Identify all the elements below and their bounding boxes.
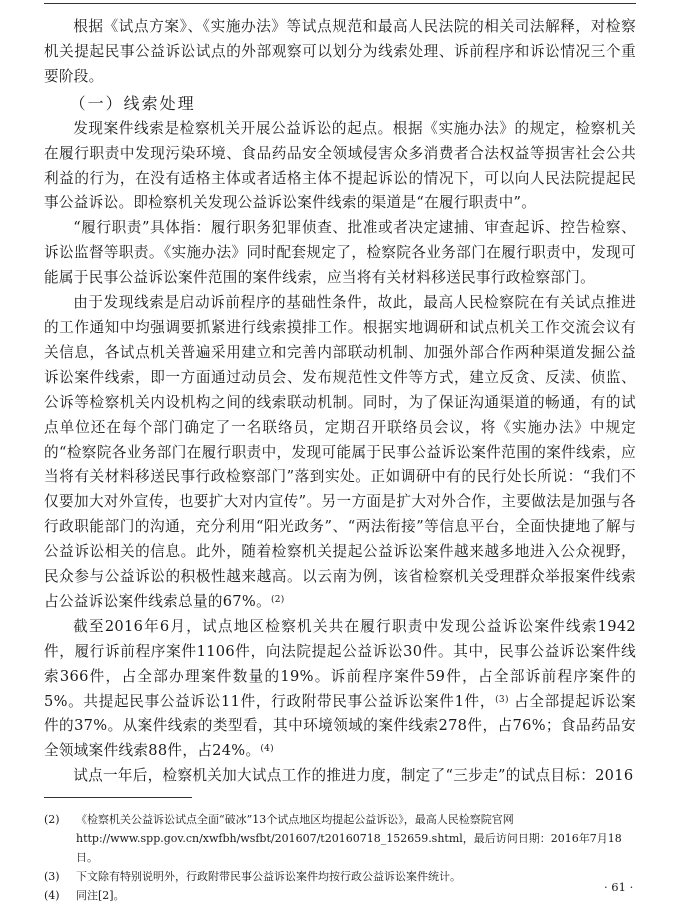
footnote-text: 同注[2]。 [76,886,636,905]
intro-paragraph: 根据《试点方案》、《实施办法》等试点规范和最高人民法院的相关司法解释，对检察机关… [44,15,636,90]
footnote-rule [44,797,192,798]
footnote-ref-3[interactable]: (3) [495,695,509,705]
header-rule [44,3,636,4]
paragraph-1: 发现案件线索是检察机关开展公益诉讼的起点。根据《实施办法》的规定，检察机关在履行… [44,117,636,217]
paragraph-2: “履行职责”具体指：履行职务犯罪侦查、批准或者决定逮捕、审查起诉、控告检察、诉讼… [44,216,636,291]
footnote-4: (4) 同注[2]。 [44,886,636,905]
footnote-3: (3) 下文除有特别说明外，行政附带民事公益诉讼案件均按行政公益诉讼案件统计。 [44,867,636,886]
paragraph-3: 由于发现线索是启动诉前程序的基础性条件，故此，最高人民检察院在有关试点推进的工作… [44,291,636,615]
page-number: · 61 · [604,880,633,894]
footnote-number: (4) [44,886,76,905]
paragraph-3-text: 由于发现线索是启动诉前程序的基础性条件，故此，最高人民检察院在有关试点推进的工作… [44,294,636,610]
footnote-number: (3) [44,867,76,886]
footnote-text: 《检察机关公益诉讼试点全面“破冰”13个试点地区均提起公益诉讼》，最高人民检察院… [76,810,636,867]
footnote-text: 下文除有特别说明外，行政附带民事公益诉讼案件均按行政公益诉讼案件统计。 [76,867,636,886]
footnote-ref-4[interactable]: (4) [260,744,274,754]
paragraph-5: 试点一年后，检察机关加大试点工作的推进力度，制定了“三步走”的试点目标：2016 [44,764,636,789]
footnotes: (2) 《检察机关公益诉讼试点全面“破冰”13个试点地区均提起公益诉讼》，最高人… [44,810,636,905]
main-text: 根据《试点方案》、《实施办法》等试点规范和最高人民法院的相关司法解释，对检察机关… [44,15,636,789]
footnote-number: (2) [44,810,76,867]
footnote-ref-2[interactable]: (2) [271,595,285,605]
paragraph-4: 截至2016年6月，试点地区检察机关共在履行职责中发现公益诉讼案件线索1942件… [44,615,636,764]
footnote-2: (2) 《检察机关公益诉讼试点全面“破冰”13个试点地区均提起公益诉讼》，最高人… [44,810,636,867]
section-heading: （一）线索处理 [44,90,636,117]
